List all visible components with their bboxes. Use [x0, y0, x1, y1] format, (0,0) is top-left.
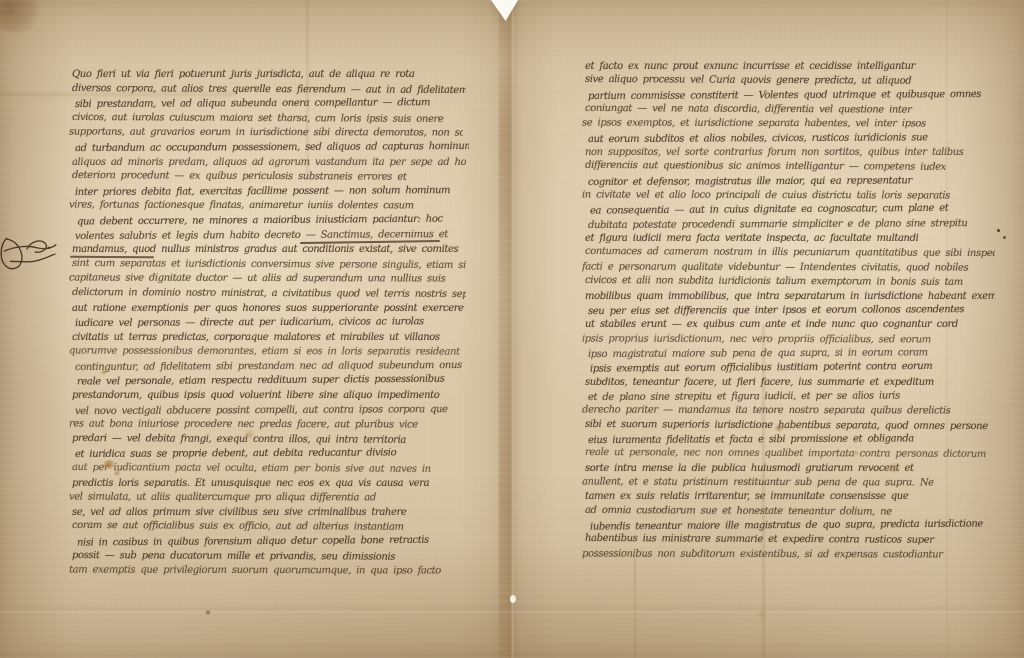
- manuscript-text-line: civitatis ut terras predictas, corporaqu…: [72, 331, 466, 346]
- manuscript-text-line: predictis loris separatis. Et unusquisqu…: [72, 477, 466, 492]
- manuscript-text-line: tam exemptis que privilegiorum suorum qu…: [69, 564, 463, 580]
- manuscript-text-line: aut per iudicantium pacta vel oculta, et…: [72, 461, 466, 478]
- manuscript-text-line: capitaneus sive dignitate ductor — ut al…: [69, 272, 463, 288]
- manuscript-text-line: sorte intra mense la die publica huiusmo…: [585, 462, 995, 476]
- manuscript-text-line: possessionibus non subditorum existentib…: [582, 547, 992, 562]
- manuscript-text-line: aliquos ad minoris predam, aliquos ad ag…: [72, 156, 466, 171]
- ink-dot: [1003, 236, 1006, 239]
- center-fold-crease: [499, 0, 513, 658]
- manuscript-text-line: anullent, et e statu pristinum restituan…: [582, 475, 992, 490]
- manuscript-text-line: subditos, teneantur facere, ut fieri fac…: [585, 376, 995, 390]
- corner-stain: [0, 0, 40, 33]
- manuscript-text-line: mobilibus quam immobilibus, que intra se…: [585, 290, 995, 304]
- manuscript-text-line: ad turbandum ac occupandum possessionem,…: [75, 140, 469, 157]
- manuscript-text-line: contumaces ad cameram nostram in illis p…: [585, 245, 995, 261]
- manuscript-text-line: Quo fieri ut via fieri potuerunt juris j…: [72, 68, 466, 83]
- manuscript-text-line: delictorum in dominio nostro ministrat, …: [72, 286, 466, 303]
- manuscript-text-line: vel simulata, ut aliis qualitercumque pr…: [69, 491, 463, 507]
- manuscript-text-line: tamen ex suis relatis irritarentur, se i…: [585, 490, 995, 504]
- faint-stain: [756, 610, 768, 618]
- manuscript-text-line: se ipsos exemptos, et iurisdictione sepa…: [582, 117, 992, 132]
- manuscript-text-line: reale vel personale, etiam respectu redd…: [77, 373, 471, 391]
- manuscript-text-line: seu per eius set differenciis que inter …: [588, 303, 998, 319]
- manuscript-text-line: ipsis proprius iurisdictionum, nec vero …: [582, 332, 992, 347]
- manuscript-text-line: quorumve possessionibus demorantes, etia…: [69, 345, 463, 361]
- manuscript-text-line: ipsis exemptis aut eorum officialibus iu…: [590, 360, 1000, 378]
- manuscript-text-line: ut stabiles erunt — ex quibus cum ante e…: [585, 318, 995, 332]
- manuscript-text-line: prestandorum, quibus ipsis quod voluerin…: [72, 389, 466, 404]
- page-right-text: et facto ex nunc prout exnunc incurrisse…: [585, 60, 995, 562]
- vertical-crease: [634, 556, 636, 658]
- manuscript-text-line: aut ratione exemptionis per quos honores…: [72, 302, 466, 317]
- manuscript-text-line: res aut bona iniuriose procedere nec pre…: [69, 418, 463, 434]
- manuscript-text-line: dubitata potestate procedendi summarie s…: [588, 217, 998, 233]
- manuscript-text-line: supportans, aut gravarios eorum in iuris…: [69, 126, 463, 142]
- ink-speck: [205, 610, 211, 615]
- manuscript-text-line: civicos et alii non subdita iuridicionis…: [585, 274, 995, 290]
- manuscript-photo: Quo fieri ut via fieri potuerunt juris j…: [0, 0, 1024, 658]
- page-left-text: Quo fieri ut via fieri potuerunt juris j…: [72, 68, 466, 579]
- margin-pen-flourish-icon: [0, 220, 58, 282]
- manuscript-text-line: habentibus ius ministrare summarie et ex…: [585, 532, 995, 548]
- manuscript-text-line: se, vel ad alios primum sive civilibus s…: [72, 506, 466, 521]
- manuscript-text-line: iudicare vel personas — directe aut per …: [75, 315, 469, 332]
- manuscript-text-line: aut eorum subditos et alios nobiles, civ…: [588, 131, 998, 147]
- manuscript-text-line: et facto ex nunc prout exnunc incurrisse…: [585, 60, 995, 74]
- manuscript-text-line: derecho pariter — mandamus ita tenore no…: [582, 404, 992, 419]
- manuscript-text-line: reale ut personale, nec non omnes qualib…: [585, 446, 995, 462]
